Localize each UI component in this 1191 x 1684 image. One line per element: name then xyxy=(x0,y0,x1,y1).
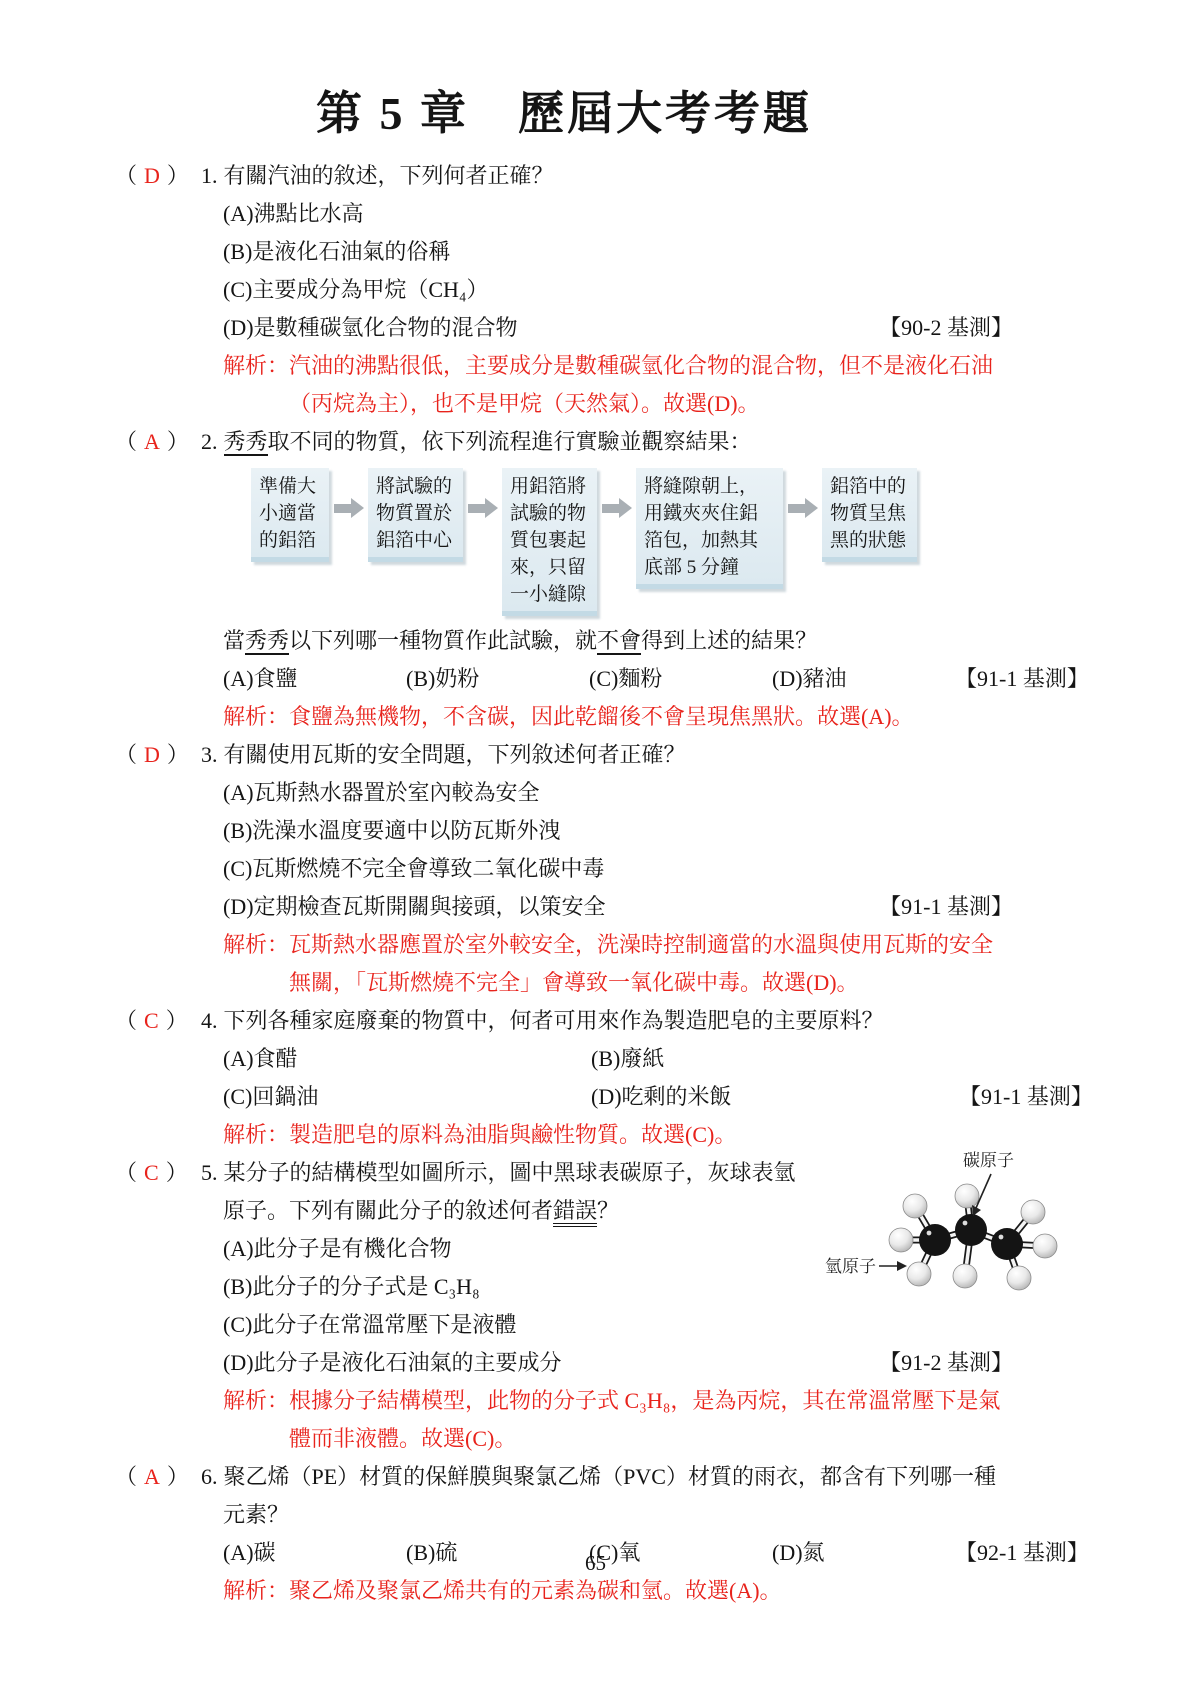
source-tag-q4: 【91-1 基測】 xyxy=(959,1078,1093,1116)
option-d-q2: (D)豬油 xyxy=(772,660,955,698)
option-a-q1: (A)沸點比水高 xyxy=(201,195,1013,233)
propane-molecule-figure: 碳原子 氫原子 xyxy=(823,1144,1061,1308)
analysis-q5: 解析：根據分子結構模型，此物的分子式 C₃H₈，是為丙烷，其在常溫常壓下是氣體而… xyxy=(201,1382,1013,1458)
source-tag-q1: 【90-2 基測】 xyxy=(879,309,1013,347)
hydrogen-atom-label: 氫原子 xyxy=(825,1257,876,1276)
exam-page: 第 5 章 歷屆大考考題 （D） 1.有關汽油的敘述，下列何者正確？ (A)沸點… xyxy=(0,0,1191,1684)
option-d-q5: (D)此分子是液化石油氣的主要成分 xyxy=(223,1344,562,1382)
chapter-title: 第 5 章 歷屆大考考題 xyxy=(115,0,1013,141)
flow-arrow-icon xyxy=(787,498,819,518)
option-d-q1: (D)是數種碳氫化合物的混合物 xyxy=(223,309,518,347)
question-5: （C） 5.某分子的結構模型如圖所示，圖中黑球表碳原子，灰球表氫原子。下列有關此… xyxy=(115,1154,1013,1458)
answer-letter-q4: C xyxy=(144,1008,159,1033)
answer-mark-q2: （A） xyxy=(115,423,201,461)
source-tag-q3: 【91-1 基測】 xyxy=(879,888,1013,926)
answer-letter-q5: C xyxy=(144,1160,159,1185)
experiment-flowchart: 準備大 小適當 的鋁箔 將試驗的 物質置於 鋁箔中心 用鋁箔將 試驗的物 質包裹… xyxy=(251,468,1013,616)
answer-mark-q5: （C） xyxy=(115,1154,201,1192)
flow-step-2: 將試驗的 物質置於 鋁箔中心 xyxy=(368,468,463,562)
question-number-q5: 5. xyxy=(201,1160,218,1185)
option-a-q2: (A)食鹽 xyxy=(223,660,406,698)
question-number-q6: 6. xyxy=(201,1464,218,1489)
flow-step-3: 用鋁箔將 試驗的物 質包裹起 來，只留 一小縫隙 xyxy=(502,468,597,616)
question-6: （A） 6.聚乙烯（PE）材質的保鮮膜與聚氯乙烯（PVC）材質的雨衣，都含有下列… xyxy=(115,1458,1013,1610)
carbon-atom-label: 碳原子 xyxy=(963,1151,1014,1170)
flow-step-4: 將縫隙朝上， 用鐵夾夾住鋁 箔包，加熱其 底部 5 分鐘 xyxy=(636,468,783,589)
answer-letter-q6: A xyxy=(144,1464,160,1489)
question-number-q3: 3. xyxy=(201,742,218,767)
option-d-q4: (D)吃剩的米飯 xyxy=(591,1078,959,1116)
option-c-q4: (C)回鍋油 xyxy=(223,1078,591,1116)
source-tag-q5: 【91-2 基測】 xyxy=(879,1344,1013,1382)
answer-mark-q6: （A） xyxy=(115,1458,201,1496)
option-d-q3: (D)定期檢查瓦斯開關與接頭，以策安全 xyxy=(223,888,606,926)
question-2: （A） 2.秀秀取不同的物質，依下列流程進行實驗並觀察結果： 準備大 小適當 的… xyxy=(115,423,1013,736)
option-c-q5: (C)此分子在常溫常壓下是液體 xyxy=(201,1306,1013,1344)
option-c-q1: (C)主要成分為甲烷（CH₄） xyxy=(201,271,1013,309)
analysis-q1: 解析：汽油的沸點很低，主要成分是數種碳氫化合物的混合物，但不是液化石油（丙烷為主… xyxy=(201,347,1013,423)
question-3: （D） 3.有關使用瓦斯的安全問題，下列敘述何者正確？ (A)瓦斯熱水器置於室內… xyxy=(115,736,1013,1002)
answer-letter-q2: A xyxy=(144,429,160,454)
flow-step-1: 準備大 小適當 的鋁箔 xyxy=(251,468,329,562)
question-1: （D） 1.有關汽油的敘述，下列何者正確？ (A)沸點比水高 (B)是液化石油氣… xyxy=(115,157,1013,423)
molecule-model-image: 碳原子 氫原子 xyxy=(823,1144,1061,1308)
option-c-q3: (C)瓦斯燃燒不完全會導致二氧化碳中毒 xyxy=(201,850,1013,888)
source-tag-q2: 【91-1 基測】 xyxy=(955,660,1089,698)
flow-arrow-icon xyxy=(467,498,499,518)
answer-letter-q3: D xyxy=(144,742,160,767)
option-b-q4: (B)廢紙 xyxy=(591,1040,664,1078)
option-b-q1: (B)是液化石油氣的俗稱 xyxy=(201,233,1013,271)
answer-mark-q4: （C） xyxy=(115,1002,201,1040)
answer-mark-q3: （D） xyxy=(115,736,201,774)
answer-letter-q1: D xyxy=(144,163,160,188)
flow-step-5: 鋁箔中的 物質呈焦 黑的狀態 xyxy=(822,468,917,562)
option-b-q2: (B)奶粉 xyxy=(406,660,589,698)
question-number-q2: 2. xyxy=(201,429,218,454)
question-stem-q4: 4.下列各種家庭廢棄的物質中，何者可用來作為製造肥皂的主要原料？ xyxy=(201,1002,1013,1040)
question-stem-q6: 6.聚乙烯（PE）材質的保鮮膜與聚氯乙烯（PVC）材質的雨衣，都含有下列哪一種元… xyxy=(201,1458,1013,1534)
question-stem-q3: 3.有關使用瓦斯的安全問題，下列敘述何者正確？ xyxy=(201,736,1013,774)
option-c-q2: (C)麵粉 xyxy=(589,660,772,698)
option-a-q3: (A)瓦斯熱水器置於室內較為安全 xyxy=(201,774,1013,812)
flow-arrow-icon xyxy=(601,498,633,518)
question-stem-q2: 2.秀秀取不同的物質，依下列流程進行實驗並觀察結果： xyxy=(201,423,1013,461)
flow-arrow-icon xyxy=(333,498,365,518)
question-number-q4: 4. xyxy=(201,1008,218,1033)
option-a-q4: (A)食醋 xyxy=(223,1040,591,1078)
question-number-q1: 1. xyxy=(201,163,218,188)
analysis-q2: 解析：食鹽為無機物，不含碳，因此乾餾後不會呈現焦黑狀。故選(A)。 xyxy=(201,698,1013,736)
question-4: （C） 4.下列各種家庭廢棄的物質中，何者可用來作為製造肥皂的主要原料？ (A)… xyxy=(115,1002,1013,1154)
question-stem2-q2: 當秀秀以下列哪一種物質作此試驗，就不會得到上述的結果？ xyxy=(201,622,1013,660)
page-number: 65 xyxy=(0,1544,1191,1582)
answer-mark-q1: （D） xyxy=(115,157,201,195)
option-b-q3: (B)洗澡水溫度要適中以防瓦斯外洩 xyxy=(201,812,1013,850)
question-stem-q5: 5.某分子的結構模型如圖所示，圖中黑球表碳原子，灰球表氫原子。下列有關此分子的敘… xyxy=(201,1154,798,1230)
question-stem-q1: 1.有關汽油的敘述，下列何者正確？ xyxy=(201,157,1013,195)
analysis-q3: 解析：瓦斯熱水器應置於室外較安全，洗澡時控制適當的水溫與使用瓦斯的安全無關，「瓦… xyxy=(201,926,1013,1002)
